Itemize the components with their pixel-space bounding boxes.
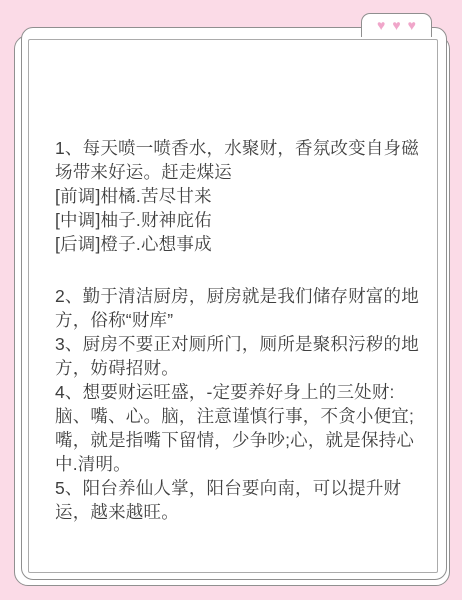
card-tab: ♥ ♥ ♥ xyxy=(361,13,432,37)
heart-icon: ♥ xyxy=(408,18,416,32)
note-section-perfume-tips: 1、每天喷一喷香水，水聚财，香氛改变自身磁 场带来好运。赶走煤运 [前调]柑橘.… xyxy=(55,136,437,256)
heart-icon: ♥ xyxy=(392,18,400,32)
heart-icon: ♥ xyxy=(377,18,385,32)
note-text: 1、每天喷一喷香水，水聚财，香氛改变自身磁 场带来好运。赶走煤运 [前调]柑橘.… xyxy=(55,136,437,524)
page-background: ♥ ♥ ♥ 1、每天喷一喷香水，水聚财，香氛改变自身磁 场带来好运。赶走煤运 [… xyxy=(0,0,462,600)
note-section-home-fengshui-tips: 2、勤于清洁厨房，厨房就是我们储存财富的地 方，俗称“财库” 3、厨房不要正对厕… xyxy=(55,284,437,524)
note-card: 1、每天喷一喷香水，水聚财，香氛改变自身磁 场带来好运。赶走煤运 [前调]柑橘.… xyxy=(21,27,447,580)
